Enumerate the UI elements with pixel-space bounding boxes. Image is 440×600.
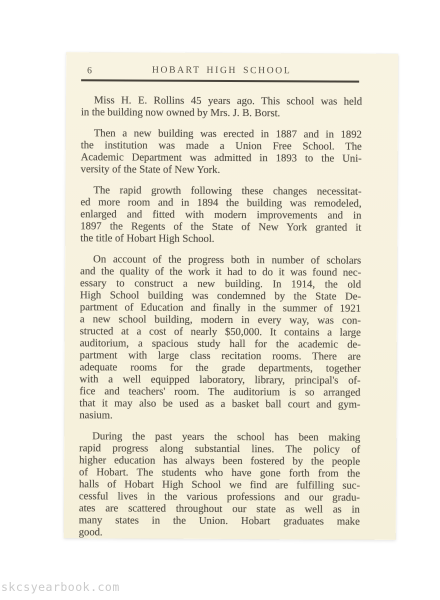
scan-viewer: 6 HOBART HIGH SCHOOL Miss H. E. Rollins … [0,0,440,600]
header-rule [81,79,359,82]
text-line: nasium. [79,410,360,423]
text-line: many states in the Union. Hobart graduat… [79,515,360,528]
text-line: that it may also be used as a basket bal… [79,398,360,411]
scanned-page: 6 HOBART HIGH SCHOOL Miss H. E. Rollins … [64,52,399,540]
paragraph: Miss H. E. Rollins 45 years ago. This sc… [81,95,362,120]
paragraph: During the past years the school has bee… [79,431,361,540]
text-line: the title of Hobart High School. [80,233,361,246]
page-title: HOBART HIGH SCHOOL [81,65,362,76]
watermark-text: skcsyearbook.com [1,580,120,594]
page-content: 6 HOBART HIGH SCHOOL Miss H. E. Rollins … [79,65,362,540]
paragraph: Then a new building was erected in 1887 … [81,128,362,177]
page-body: Miss H. E. Rollins 45 years ago. This sc… [79,95,362,540]
paragraph: On account of the progress both in numbe… [79,254,361,423]
text-line: in the building now owned by Mrs. J. B. … [81,107,362,120]
running-header: 6 HOBART HIGH SCHOOL [81,65,362,79]
text-line: versity of the State of New York. [81,164,362,177]
text-line: good. [79,527,360,540]
paragraph: The rapid growth following these changes… [80,185,361,246]
